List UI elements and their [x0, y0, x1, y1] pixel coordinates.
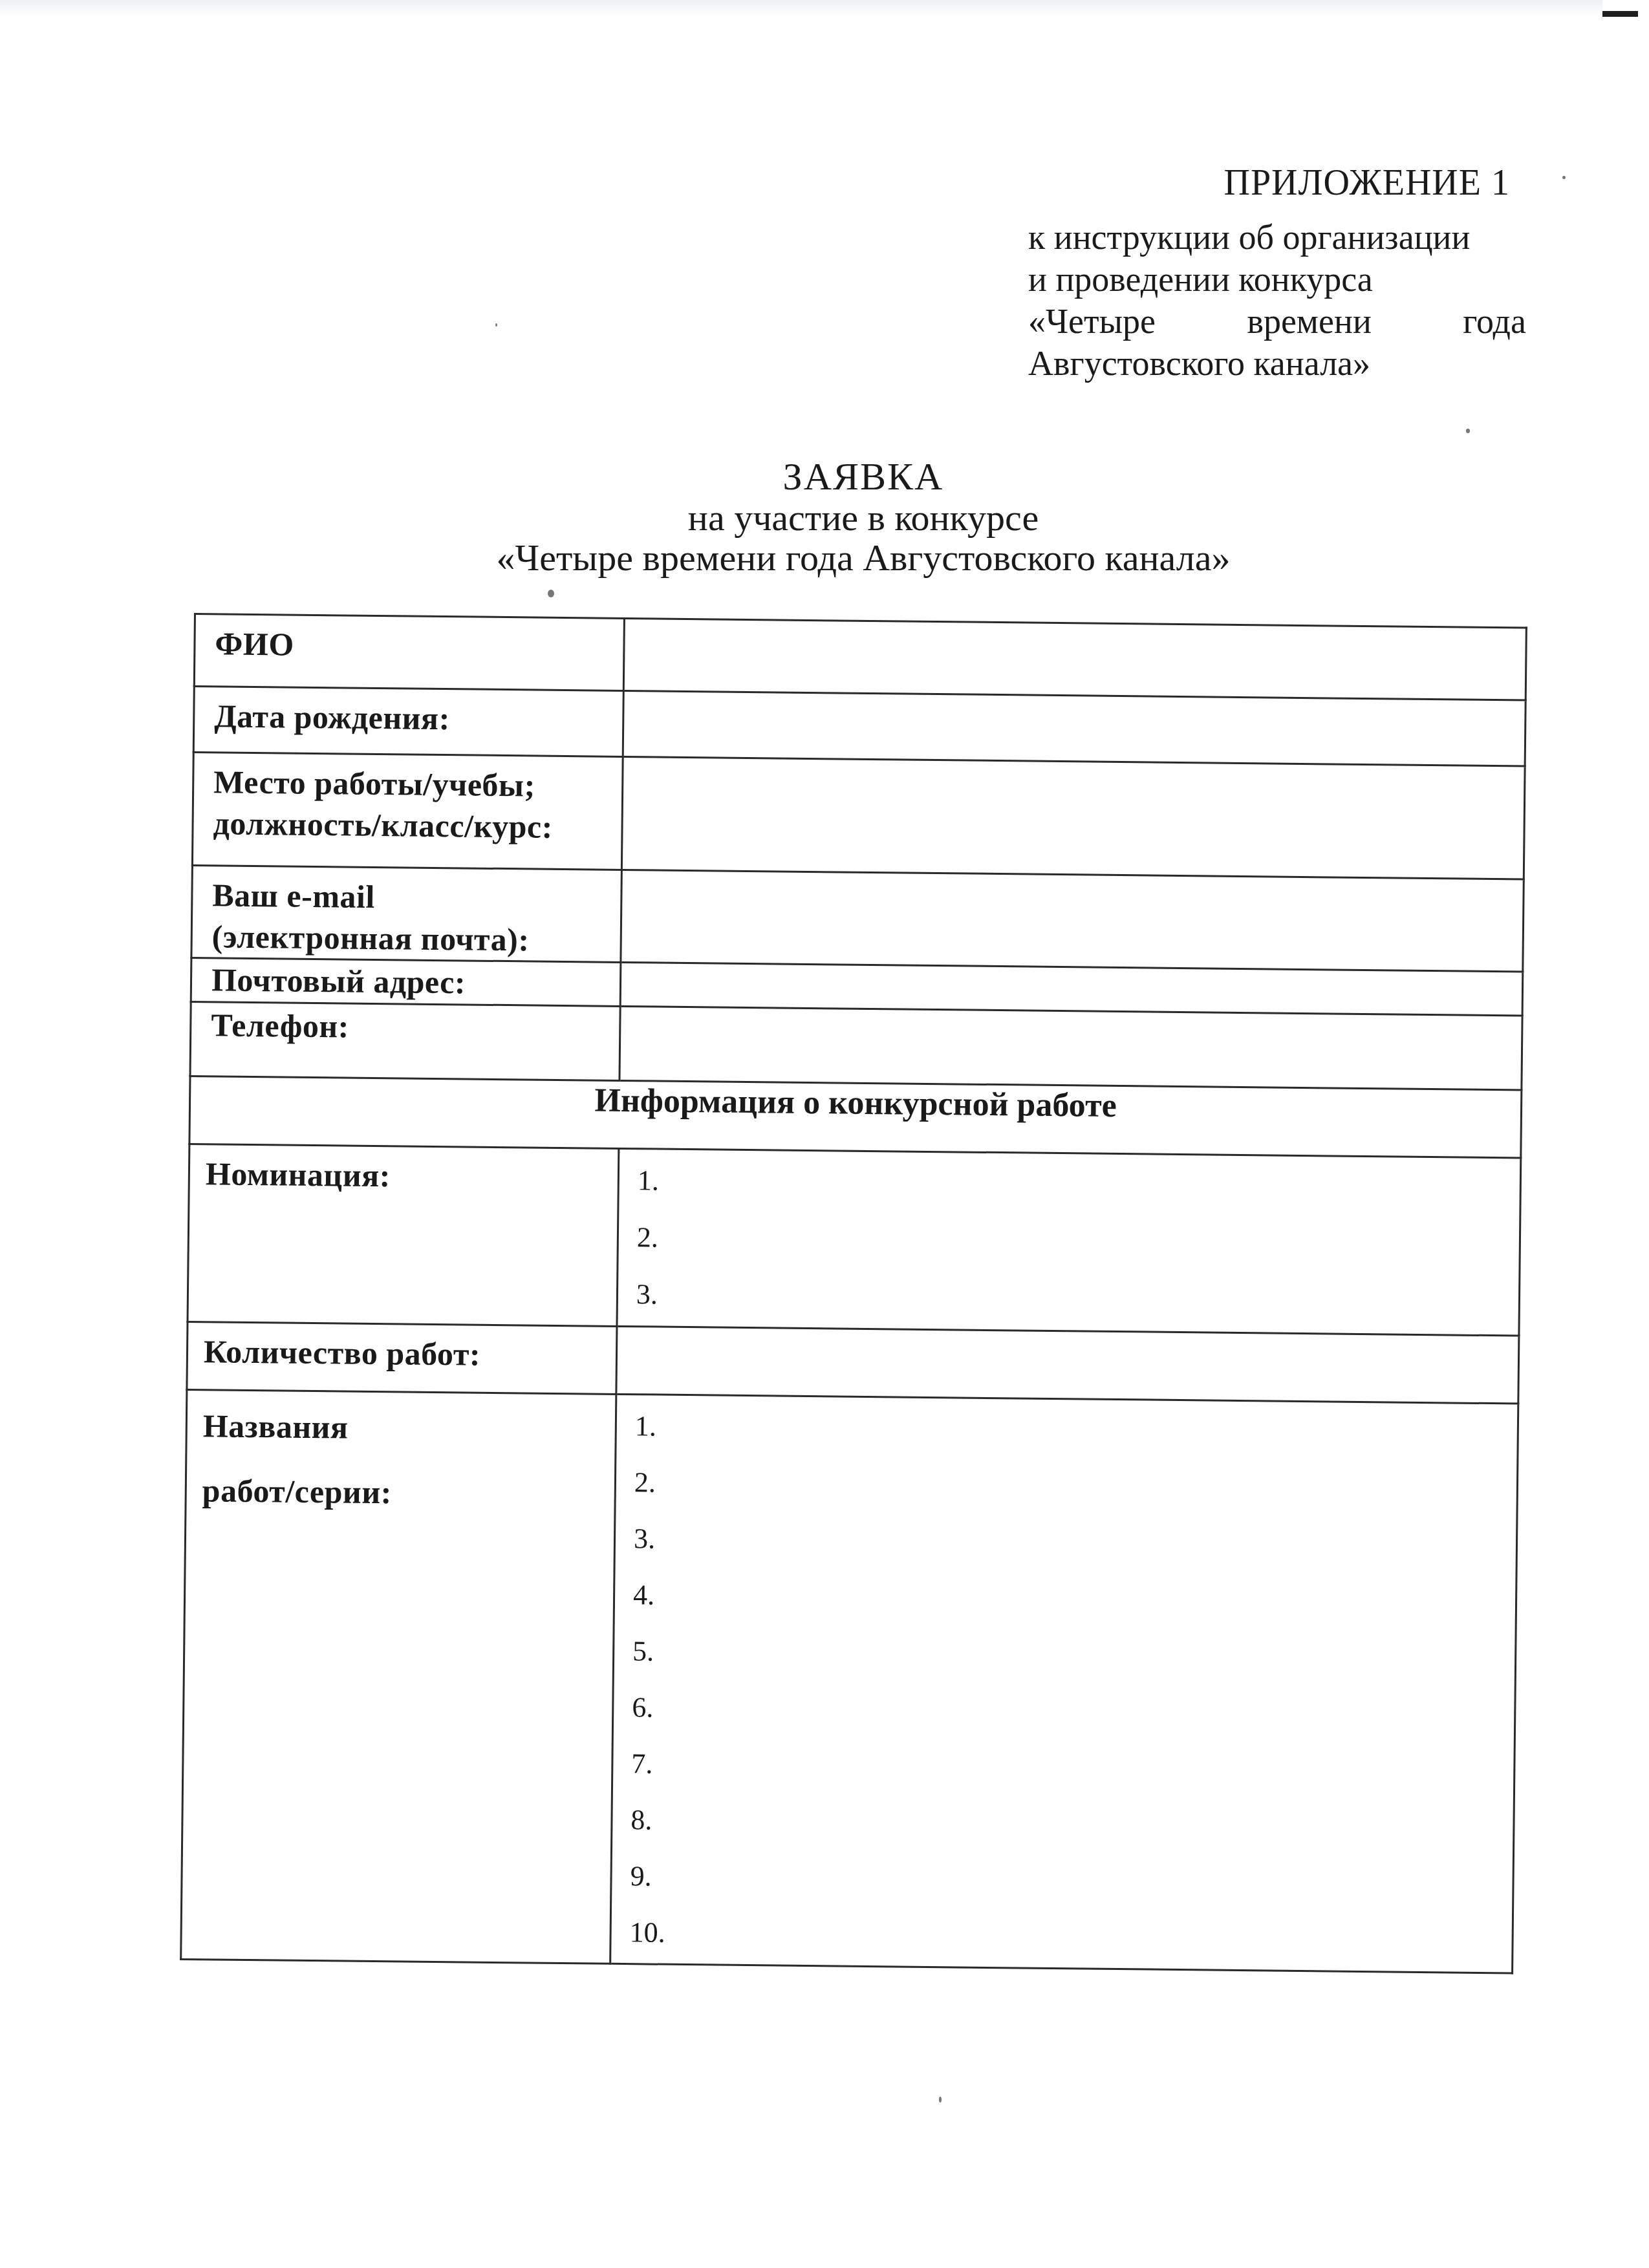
work-title-item-number: 4. [633, 1569, 1516, 1634]
appendix-line-2: и проведении конкурса [1028, 259, 1526, 301]
label-cell: Номинация: [188, 1144, 619, 1326]
label-cell: Место работы/учебы; должность/класс/курс… [192, 753, 623, 870]
label-cell: Ваш e-mail (электронная почта): [191, 865, 621, 962]
phone-field[interactable] [620, 1006, 1522, 1090]
scan-speck [1466, 429, 1470, 433]
work-title-item-number: 9. [630, 1850, 1513, 1916]
table-row: Телефон: [190, 1001, 1522, 1090]
field-label-email: Ваш e-mail (электронная почта): [192, 866, 620, 961]
field-label-workplace: Место работы/учебы; должность/класс/курс… [193, 753, 621, 848]
appendix-title: ПРИЛОЖЕНИЕ 1 [1028, 162, 1526, 205]
scan-speck [1562, 176, 1566, 179]
application-form: ФИО Дата рождения: Место работы/учебы; д… [180, 613, 1527, 1955]
table-row: Ваш e-mail (электронная почта): [191, 865, 1524, 972]
scan-speck [939, 2097, 942, 2102]
work-title-item-number: 1. [634, 1400, 1517, 1466]
appendix-word: «Четыре [1028, 302, 1156, 341]
appendix-word: года [1463, 302, 1526, 341]
label-line: работ/серии: [202, 1458, 614, 1527]
email-field[interactable] [621, 870, 1524, 972]
nomination-item-number: 3. [636, 1268, 1518, 1334]
field-label-phone: Телефон: [191, 1003, 620, 1050]
work-titles-list: 1.2.3.4.5.6.7.8.9.10. [611, 1395, 1517, 1973]
field-label-work-titles: Названия работ/серии: [186, 1391, 615, 1527]
work-title-item-number: 3. [634, 1513, 1516, 1578]
field-label-works-count: Количество работ: [188, 1323, 616, 1376]
label-line: Названия [202, 1393, 615, 1462]
label-cell: Названия работ/серии: [181, 1389, 616, 1963]
application-table: ФИО Дата рождения: Место работы/учебы; д… [180, 613, 1527, 1974]
table-row: ФИО [194, 614, 1526, 701]
work-title-item-number: 8. [630, 1794, 1513, 1859]
workplace-field[interactable] [621, 756, 1525, 879]
scan-edge-shadow [0, 0, 1602, 14]
table-row: Номинация: 1.2.3. [188, 1144, 1521, 1336]
appendix-word: времени [1247, 302, 1371, 341]
contest-name: «Четыре времени года Августовского канал… [194, 538, 1533, 579]
appendix-line-4: Августовского канала» [1028, 343, 1526, 385]
label-line: Ваш e-mail [212, 874, 621, 920]
work-title-item-number: 7. [631, 1738, 1514, 1803]
scan-corner-mark [1602, 11, 1638, 17]
work-title-item-number: 5. [632, 1625, 1515, 1691]
label-cell: Количество работ: [187, 1321, 617, 1394]
work-title-item-number: 10. [629, 1907, 1512, 1972]
label-cell: Телефон: [190, 1001, 620, 1080]
work-titles-field[interactable]: 1.2.3.4.5.6.7.8.9.10. [610, 1394, 1518, 1973]
work-title-item-number: 2. [634, 1457, 1516, 1522]
label-line: должность/класс/курс: [213, 802, 621, 848]
field-label-fio: ФИО [195, 615, 623, 669]
works-count-field[interactable] [616, 1326, 1519, 1404]
fio-field[interactable] [623, 618, 1526, 700]
field-label-postal-address: Почтовый адрес: [192, 959, 620, 1005]
scan-speck [548, 590, 554, 597]
appendix-line-3: «Четыре времени года [1028, 301, 1526, 343]
document-subtitle: на участие в конкурсе [194, 498, 1533, 539]
scan-speck [495, 323, 497, 326]
label-line: (электронная почта): [211, 915, 620, 961]
table-row: Названия работ/серии: 1.2.3.4.5.6.7.8.9.… [181, 1389, 1518, 1973]
table-row: Место работы/учебы; должность/класс/курс… [192, 753, 1525, 880]
appendix-line-1: к инструкции об организации [1028, 217, 1526, 259]
birth-date-field[interactable] [623, 690, 1525, 766]
label-line: Место работы/учебы; [213, 761, 622, 807]
nomination-item-number: 2. [636, 1212, 1519, 1278]
work-title-item-number: 6. [632, 1682, 1514, 1747]
nomination-list: 1.2.3. [618, 1150, 1520, 1335]
nomination-field[interactable]: 1.2.3. [617, 1148, 1521, 1336]
label-cell: Почтовый адрес: [191, 957, 621, 1006]
field-label-nomination: Номинация: [190, 1145, 618, 1199]
label-cell: Дата рождения: [193, 687, 623, 757]
label-cell: ФИО [194, 614, 624, 691]
nomination-item-number: 1. [637, 1155, 1520, 1221]
document-heading: ЗАЯВКА на участие в конкурсе «Четыре вре… [194, 456, 1533, 579]
field-label-birth-date: Дата рождения: [195, 687, 623, 741]
document-title: ЗАЯВКА [194, 456, 1533, 498]
appendix-header: ПРИЛОЖЕНИЕ 1 к инструкции об организации… [1028, 162, 1526, 384]
